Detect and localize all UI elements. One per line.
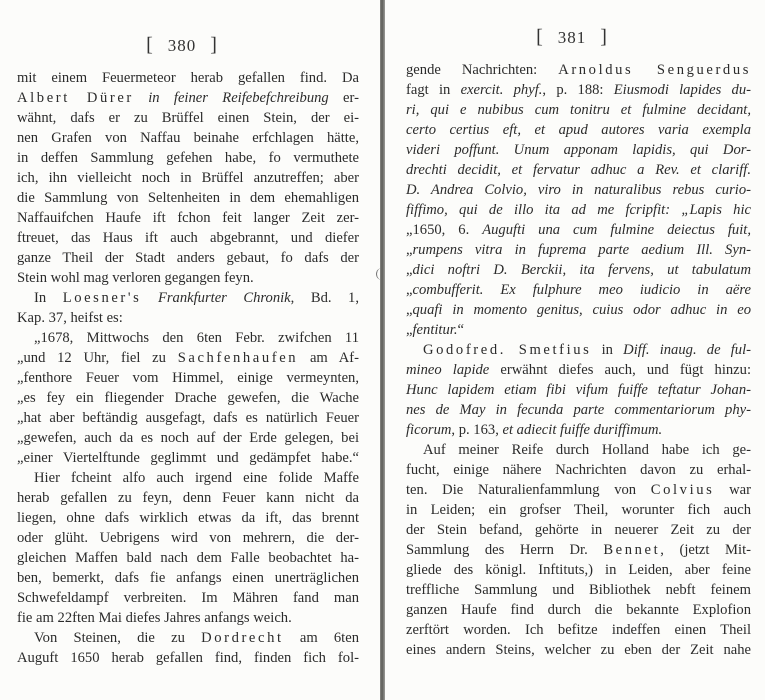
text-line: „gewefen, auch da es noch auf der Erde g… bbox=[17, 428, 359, 448]
body-text: Auguft 1650 herab gefallen find, finden … bbox=[17, 650, 359, 666]
italic-text: exercit. phyf. bbox=[461, 82, 543, 98]
body-text: „gewefen, auch da es noch auf der Erde g… bbox=[17, 430, 359, 446]
text-line: „rumpens vitra in fuprema parte aedium I… bbox=[406, 240, 751, 260]
spaced-name-text: Arnoldus Senguerdus bbox=[558, 62, 751, 78]
body-text: Sammlung des Herrn Dr. bbox=[406, 542, 603, 558]
body-text: der Stein befand, gehörte in neuerer Zei… bbox=[406, 522, 751, 538]
body-text: Stein wohl mag verloren gegangen feyn. bbox=[17, 270, 254, 286]
italic-text: Diff. inaug. de ful- bbox=[623, 342, 751, 358]
italic-text: fiffimo, qui de illo ita ad me fcripfit:… bbox=[406, 202, 751, 218]
gutter-fold-mark bbox=[376, 268, 383, 280]
body-text: er- bbox=[329, 90, 359, 106]
bracket-open: [ bbox=[536, 26, 544, 48]
italic-text: ficorum bbox=[406, 422, 451, 438]
spaced-name-text: Bennet bbox=[603, 542, 660, 558]
text-line: drechti decidit, et fervatur adhuc a Rev… bbox=[406, 160, 751, 180]
text-line: der Stein befand, gehörte in neuerer Zei… bbox=[406, 520, 751, 540]
body-text: Kap. 37, heifst es: bbox=[17, 310, 123, 326]
text-line: „fenthore Feuer vom Himmel, einige verme… bbox=[17, 368, 359, 388]
text-line: „1650, 6. Augufti una cum fulmine deiect… bbox=[406, 220, 751, 240]
text-line: nes de May in fecunda parte commentarior… bbox=[406, 400, 751, 420]
text-line: Kap. 37, heifst es: bbox=[17, 308, 359, 328]
italic-text: Augufti una cum fulmine deiectus fuit, bbox=[482, 222, 751, 238]
body-text: „1650, 6. bbox=[406, 222, 482, 238]
body-text: ganze Theil der Stadt anders gebaut, fo … bbox=[17, 250, 359, 266]
body-text: in deffen Sammlung gefehen habe, fo verm… bbox=[17, 150, 359, 166]
body-text: am 6ten bbox=[284, 630, 359, 646]
body-text: ganzen Haufe find durch die bekannte Exp… bbox=[406, 602, 751, 618]
left-page-body-text: mit einem Feuermeteor herab gefallen fin… bbox=[17, 68, 359, 668]
text-line: gliede des königl. Inftituts,) in Leiden… bbox=[406, 560, 751, 580]
page-number-value: 381 bbox=[558, 28, 587, 47]
text-line: „1678, Mittwochs den 6ten Febr. zwifchen… bbox=[17, 328, 359, 348]
body-text: gende Nachrichten: bbox=[406, 62, 558, 78]
spaced-name-text: Dordrecht bbox=[201, 630, 284, 646]
text-line: Albert Dürer in feiner Reifebefchreibung… bbox=[17, 88, 359, 108]
text-line: „fentitur.“ bbox=[406, 320, 751, 340]
spaced-name-text: Loesner's bbox=[63, 290, 142, 306]
body-text: am Af- bbox=[298, 350, 359, 366]
italic-text: rumpens vitra in fuprema parte aedium Il… bbox=[412, 242, 751, 258]
body-text: gleichen Maffen bald nach dem Falle beob… bbox=[17, 550, 359, 566]
text-line: In Loesner's Frankfurter Chronik, Bd. 1, bbox=[17, 288, 359, 308]
text-line: ten. Die Naturalienfammlung von Colvius … bbox=[406, 480, 751, 500]
text-line: Von Steinen, die zu Dordrecht am 6ten bbox=[17, 628, 359, 648]
bracket-close: ] bbox=[600, 26, 608, 48]
book-spread: [380] mit einem Feuermeteor herab gefall… bbox=[0, 0, 765, 700]
body-text: war bbox=[714, 482, 751, 498]
spaced-name-text: Sachfenhaufen bbox=[178, 350, 299, 366]
body-text: In bbox=[34, 290, 63, 306]
body-text: in bbox=[591, 342, 623, 358]
italic-text: dici noftri D. Berckii, ita fervens, ut … bbox=[412, 262, 751, 278]
text-line: Stein wohl mag verloren gegangen feyn. bbox=[17, 268, 359, 288]
spaced-name-text: Albert Dürer bbox=[17, 90, 134, 106]
italic-text: Frankfurter Chronik bbox=[158, 290, 291, 306]
body-text: „fenthore Feuer vom Himmel, einige verme… bbox=[17, 370, 359, 386]
text-line: zerftört worden. Ich befitze indeffen ei… bbox=[406, 620, 751, 640]
text-line: „hat aber beftändig ausgefagt, dafs es n… bbox=[17, 408, 359, 428]
text-line: ganze Theil der Stadt anders gebaut, fo … bbox=[17, 248, 359, 268]
body-text: „und 12 Uhr, fiel zu bbox=[17, 350, 178, 366]
body-text: mit einem Feuermeteor herab gefallen fin… bbox=[17, 70, 359, 86]
text-line: in deffen Sammlung gefehen habe, fo verm… bbox=[17, 148, 359, 168]
text-line: treffliche Sammlung und Bibliothek nebft… bbox=[406, 580, 751, 600]
text-line: Auf meiner Reife durch Holland habe ich … bbox=[406, 440, 751, 460]
text-line: mineo lapide erwähnt diefes auch, und fü… bbox=[406, 360, 751, 380]
italic-text: D. Andrea Colvio, viro in naturalibus re… bbox=[406, 182, 751, 198]
text-line: „es fey ein fliegender Drache gewefen, d… bbox=[17, 388, 359, 408]
text-line: certo certius eft, et apud autores varia… bbox=[406, 120, 751, 140]
body-text: in Leiden; ein grofser Theil, worunter f… bbox=[406, 502, 751, 518]
spaced-name-text: Colvius bbox=[651, 482, 715, 498]
text-line: Naffauifchen Haufe ift fchon feit langer… bbox=[17, 208, 359, 228]
text-line: Sammlung des Herrn Dr. Bennet, (jetzt Mi… bbox=[406, 540, 751, 560]
left-page: [380] mit einem Feuermeteor herab gefall… bbox=[0, 0, 380, 700]
text-line: „combufferit. Ex fulphure meo iudicio in… bbox=[406, 280, 751, 300]
italic-text: ri, qui e nubibus cum tonitru et fulmine… bbox=[406, 102, 751, 118]
body-text: , p. 163, bbox=[451, 422, 502, 438]
text-line: nen Grafen von Naffau beinahe erfchlagen… bbox=[17, 128, 359, 148]
italic-text: Hunc lapidem etiam fibi vifum fuiffe tef… bbox=[406, 382, 751, 398]
text-line: liegen, ohne dafs wirklich etwas da ift,… bbox=[17, 508, 359, 528]
italic-text: certo certius eft, et apud autores varia… bbox=[406, 122, 751, 138]
body-text: erwähnt diefes auch, und fügt hinzu: bbox=[489, 362, 751, 378]
body-text: Schwefeldampf verbreiten. Im Mähren fand… bbox=[17, 590, 359, 606]
text-line: Godofred. Smetfius in Diff. inaug. de fu… bbox=[406, 340, 751, 360]
text-line: Hier fcheint alfo auch irgend eine folid… bbox=[17, 468, 359, 488]
italic-text: fentitur. bbox=[412, 322, 457, 338]
body-text bbox=[134, 90, 148, 106]
body-text: Hier fcheint alfo auch irgend eine folid… bbox=[34, 470, 359, 486]
body-text: fagt in bbox=[406, 82, 461, 98]
text-line: Hunc lapidem etiam fibi vifum fuiffe tef… bbox=[406, 380, 751, 400]
text-line: herab gefallen zu feyn, denn Feuer kann … bbox=[17, 488, 359, 508]
body-text: Von Steinen, die zu bbox=[34, 630, 201, 646]
body-text: liegen, ohne dafs wirklich etwas da ift,… bbox=[17, 510, 359, 526]
italic-text: mineo lapide bbox=[406, 362, 489, 378]
body-text: ftreuet, das Haus ift auch abgebrannt, u… bbox=[17, 230, 359, 246]
italic-text: in feiner Reifebefchreibung bbox=[148, 90, 329, 106]
body-text: „1678, Mittwochs den 6ten Febr. zwifchen… bbox=[34, 330, 359, 346]
body-text bbox=[141, 290, 158, 306]
italic-text: videri poffunt. Unum apponam lapidis, qu… bbox=[406, 142, 751, 158]
page-number-value: 380 bbox=[168, 36, 197, 55]
body-text: fucht, einige nähere Nachrichten davon z… bbox=[406, 462, 751, 478]
text-line: gende Nachrichten: Arnoldus Senguerdus bbox=[406, 60, 751, 80]
text-line: ficorum, p. 163, et adiecit fuiffe durif… bbox=[406, 420, 751, 440]
text-line: ich, ihn vielleicht noch in Brüffel anzu… bbox=[17, 168, 359, 188]
body-text: , (jetzt Mit- bbox=[660, 542, 751, 558]
body-text: treffliche Sammlung und Bibliothek nebft… bbox=[406, 582, 751, 598]
body-text: ich, ihn vielleicht noch in Brüffel anzu… bbox=[17, 170, 359, 186]
body-text: eines andern Steins, welcher zu eben der… bbox=[406, 642, 751, 658]
text-line: eines andern Steins, welcher zu eben der… bbox=[406, 640, 751, 660]
italic-text: quafi in momento genitus, cuius odor adh… bbox=[412, 302, 751, 318]
body-text: oder glüht. Uebrigens wird von mehrern, … bbox=[17, 530, 359, 546]
body-text: „es fey ein fliegender Drache gewefen, d… bbox=[17, 390, 359, 406]
body-text: „hat aber beftändig ausgefagt, dafs es n… bbox=[17, 410, 359, 426]
text-line: Auguft 1650 herab gefallen find, finden … bbox=[17, 648, 359, 668]
text-line: mit einem Feuermeteor herab gefallen fin… bbox=[17, 68, 359, 88]
body-text: Naffauifchen Haufe ift fchon feit langer… bbox=[17, 210, 359, 226]
body-text: ten. Die Naturalienfammlung von bbox=[406, 482, 651, 498]
right-page-body-text: gende Nachrichten: Arnoldus Senguerdusfa… bbox=[406, 60, 751, 660]
body-text: ben, bemerkt, dafs fie anfangs einen une… bbox=[17, 570, 359, 586]
text-line: ri, qui e nubibus cum tonitru et fulmine… bbox=[406, 100, 751, 120]
text-line: fagt in exercit. phyf., p. 188: Eiusmodi… bbox=[406, 80, 751, 100]
text-line: D. Andrea Colvio, viro in naturalibus re… bbox=[406, 180, 751, 200]
text-line: „einer Viertelftunde geglimmt und gedämp… bbox=[17, 448, 359, 468]
spaced-name-text: Godofred. Smetfius bbox=[423, 342, 591, 358]
italic-text: et adiecit fuiffe duriffimum. bbox=[502, 422, 662, 438]
italic-text: combufferit. Ex fulphure meo iudicio in … bbox=[412, 282, 751, 298]
page-number-right: [381] bbox=[382, 26, 762, 49]
text-line: „quafi in momento genitus, cuius odor ad… bbox=[406, 300, 751, 320]
text-line: „und 12 Uhr, fiel zu Sachfenhaufen am Af… bbox=[17, 348, 359, 368]
text-line: die Sammlung von Seltenheiten in dem ehe… bbox=[17, 188, 359, 208]
bracket-close: ] bbox=[210, 34, 218, 56]
text-line: fucht, einige nähere Nachrichten davon z… bbox=[406, 460, 751, 480]
body-text: fie am 22ften Mai diefes Jahres anfangs … bbox=[17, 610, 292, 626]
body-text: die Sammlung von Seltenheiten in dem ehe… bbox=[17, 190, 359, 206]
body-text: , Bd. 1, bbox=[291, 290, 359, 306]
body-text: wähnt, dafs er zu Brüffel einen Stein, d… bbox=[17, 110, 359, 126]
text-line: wähnt, dafs er zu Brüffel einen Stein, d… bbox=[17, 108, 359, 128]
italic-text: drechti decidit, et fervatur adhuc a Rev… bbox=[406, 162, 751, 178]
text-line: gleichen Maffen bald nach dem Falle beob… bbox=[17, 548, 359, 568]
right-page: [381] gende Nachrichten: Arnoldus Sengue… bbox=[385, 0, 765, 700]
body-text: herab gefallen zu feyn, denn Feuer kann … bbox=[17, 490, 359, 506]
text-line: fiffimo, qui de illo ita ad me fcripfit:… bbox=[406, 200, 751, 220]
italic-text: Eiusmodi lapides du- bbox=[614, 82, 751, 98]
text-line: oder glüht. Uebrigens wird von mehrern, … bbox=[17, 528, 359, 548]
text-line: in Leiden; ein grofser Theil, worunter f… bbox=[406, 500, 751, 520]
italic-text: nes de May in fecunda parte commentarior… bbox=[406, 402, 751, 418]
body-text: , p. 188: bbox=[542, 82, 613, 98]
text-line: Schwefeldampf verbreiten. Im Mähren fand… bbox=[17, 588, 359, 608]
page-number-left: [380] bbox=[0, 34, 372, 57]
bracket-open: [ bbox=[146, 34, 154, 56]
body-text: nen Grafen von Naffau beinahe erfchlagen… bbox=[17, 130, 359, 146]
text-line: ganzen Haufe find durch die bekannte Exp… bbox=[406, 600, 751, 620]
body-text: Auf meiner Reife durch Holland habe ich … bbox=[423, 442, 751, 458]
body-text: “ bbox=[457, 322, 463, 338]
text-line: fie am 22ften Mai diefes Jahres anfangs … bbox=[17, 608, 359, 628]
body-text: zerftört worden. Ich befitze indeffen ei… bbox=[406, 622, 751, 638]
text-line: ftreuet, das Haus ift auch abgebrannt, u… bbox=[17, 228, 359, 248]
text-line: „dici noftri D. Berckii, ita fervens, ut… bbox=[406, 260, 751, 280]
body-text: gliede des königl. Inftituts,) in Leiden… bbox=[406, 562, 751, 578]
text-line: ben, bemerkt, dafs fie anfangs einen une… bbox=[17, 568, 359, 588]
text-line: videri poffunt. Unum apponam lapidis, qu… bbox=[406, 140, 751, 160]
body-text: „einer Viertelftunde geglimmt und gedämp… bbox=[17, 450, 359, 466]
